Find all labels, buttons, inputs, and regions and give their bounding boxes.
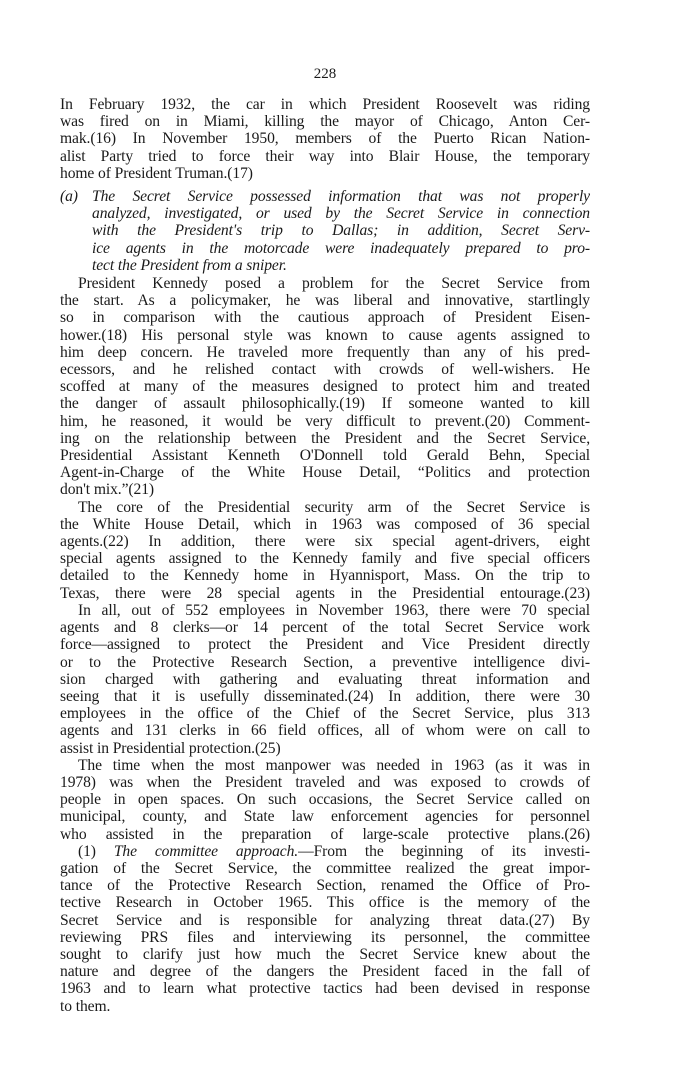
- text-line: so in comparison with the cautious appro…: [60, 309, 590, 326]
- finding-marker: (a): [60, 188, 78, 205]
- paragraph-committee-approach: (1) The committee approach.—From the beg…: [60, 843, 590, 1015]
- text-line: detailed to the Kennedy home in Hyannisp…: [60, 567, 590, 584]
- finding-line: with the President's trip to Dallas; in …: [92, 222, 590, 239]
- text-line: 1963 and to learn what protective tactic…: [60, 980, 590, 997]
- text-line: agents and 131 clerks in 66 field office…: [60, 722, 590, 739]
- section-first-line-rest: —From the beginning of its investi-: [298, 843, 590, 860]
- page-number: 228: [60, 66, 590, 83]
- text-line: to them.: [60, 998, 590, 1015]
- text-line: municipal, county, and State law enforce…: [60, 808, 590, 825]
- text-line: him, he reasoned, it would be very diffi…: [60, 413, 590, 430]
- text-line: who assisted in the preparation of large…: [60, 826, 590, 843]
- text-line: was fired on in Miami, killing the mayor…: [60, 113, 590, 130]
- text-line: In all, out of 552 employees in November…: [60, 602, 590, 619]
- text-line: alist Party tried to force their way int…: [60, 148, 590, 165]
- text-line: agents.(22) In addition, there were six …: [60, 533, 590, 550]
- section-number: (1): [78, 843, 96, 860]
- text-line: (1) The committee approach.—From the beg…: [60, 843, 590, 860]
- text-line: assist in Presidential protection.(25): [60, 740, 590, 757]
- paragraph-white-house-detail: The core of the Presidential security ar…: [60, 499, 590, 602]
- text-line: ing on the relationship between the Pres…: [60, 430, 590, 447]
- text-line: or to the Protective Research Section, a…: [60, 654, 590, 671]
- text-line: the danger of assault philosophically.(1…: [60, 395, 590, 412]
- text-line: the White House Detail, which in 1963 wa…: [60, 516, 590, 533]
- text-line: 1978) was when the President traveled an…: [60, 774, 590, 791]
- paragraph-roosevelt-truman: In February 1932, the car in which Presi…: [60, 96, 590, 182]
- finding-line: tect the President from a sniper.: [92, 257, 590, 274]
- text-line: home of President Truman.(17): [60, 165, 590, 182]
- text-line: gation of the Secret Service, the commit…: [60, 860, 590, 877]
- text-line: tance of the Protective Research Section…: [60, 877, 590, 894]
- text-line: mak.(16) In November 1950, members of th…: [60, 130, 590, 147]
- text-line: seeing that it is usefully disseminated.…: [60, 688, 590, 705]
- paragraph-kennedy-problem: President Kennedy posed a problem for th…: [60, 275, 590, 499]
- finding-line: The Secret Service possessed information…: [92, 188, 590, 205]
- text-line: Secret Service and is responsible for an…: [60, 912, 590, 929]
- text-line: people in open spaces. On such occasions…: [60, 791, 590, 808]
- text-line: agents and 8 clerks—or 14 percent of the…: [60, 619, 590, 636]
- text-line: The time when the most manpower was need…: [60, 757, 590, 774]
- text-line: special agents assigned to the Kennedy f…: [60, 550, 590, 567]
- text-line: President Kennedy posed a problem for th…: [60, 275, 590, 292]
- text-line: reviewing PRS files and interviewing its…: [60, 929, 590, 946]
- finding-line: ice agents in the motorcade were inadequ…: [92, 240, 590, 257]
- text-line: the start. As a policymaker, he was libe…: [60, 292, 590, 309]
- text-line: Agent-in-Charge of the White House Detai…: [60, 464, 590, 481]
- section-subhead: The committee approach.: [114, 843, 298, 860]
- text-line: hower.(18) His personal style was known …: [60, 327, 590, 344]
- text-line: sion charged with gathering and evaluati…: [60, 671, 590, 688]
- text-line: sought to clarify just how much the Secr…: [60, 946, 590, 963]
- finding-a: (a) The Secret Service possessed informa…: [60, 188, 590, 274]
- body-text: In February 1932, the car in which Presi…: [60, 96, 590, 1015]
- text-line: tective Research in October 1965. This o…: [60, 894, 590, 911]
- text-line: him deep concern. He traveled more frequ…: [60, 344, 590, 361]
- paragraph-employees: In all, out of 552 employees in November…: [60, 602, 590, 757]
- text-line: force—assigned to protect the President …: [60, 636, 590, 653]
- text-line: In February 1932, the car in which Presi…: [60, 96, 590, 113]
- text-line: Texas, there were 28 special agents in t…: [60, 585, 590, 602]
- text-line: The core of the Presidential security ar…: [60, 499, 590, 516]
- text-line: scoffed at many of the measures designed…: [60, 378, 590, 395]
- paragraph-manpower: The time when the most manpower was need…: [60, 757, 590, 843]
- text-line: employees in the office of the Chief of …: [60, 705, 590, 722]
- text-line: nature and degree of the dangers the Pre…: [60, 963, 590, 980]
- finding-line: analyzed, investigated, or used by the S…: [92, 205, 590, 222]
- text-line: Presidential Assistant Kenneth O'Donnell…: [60, 447, 590, 464]
- text-line: don't mix.”(21): [60, 481, 590, 498]
- text-line: ecessors, and he relished contact with c…: [60, 361, 590, 378]
